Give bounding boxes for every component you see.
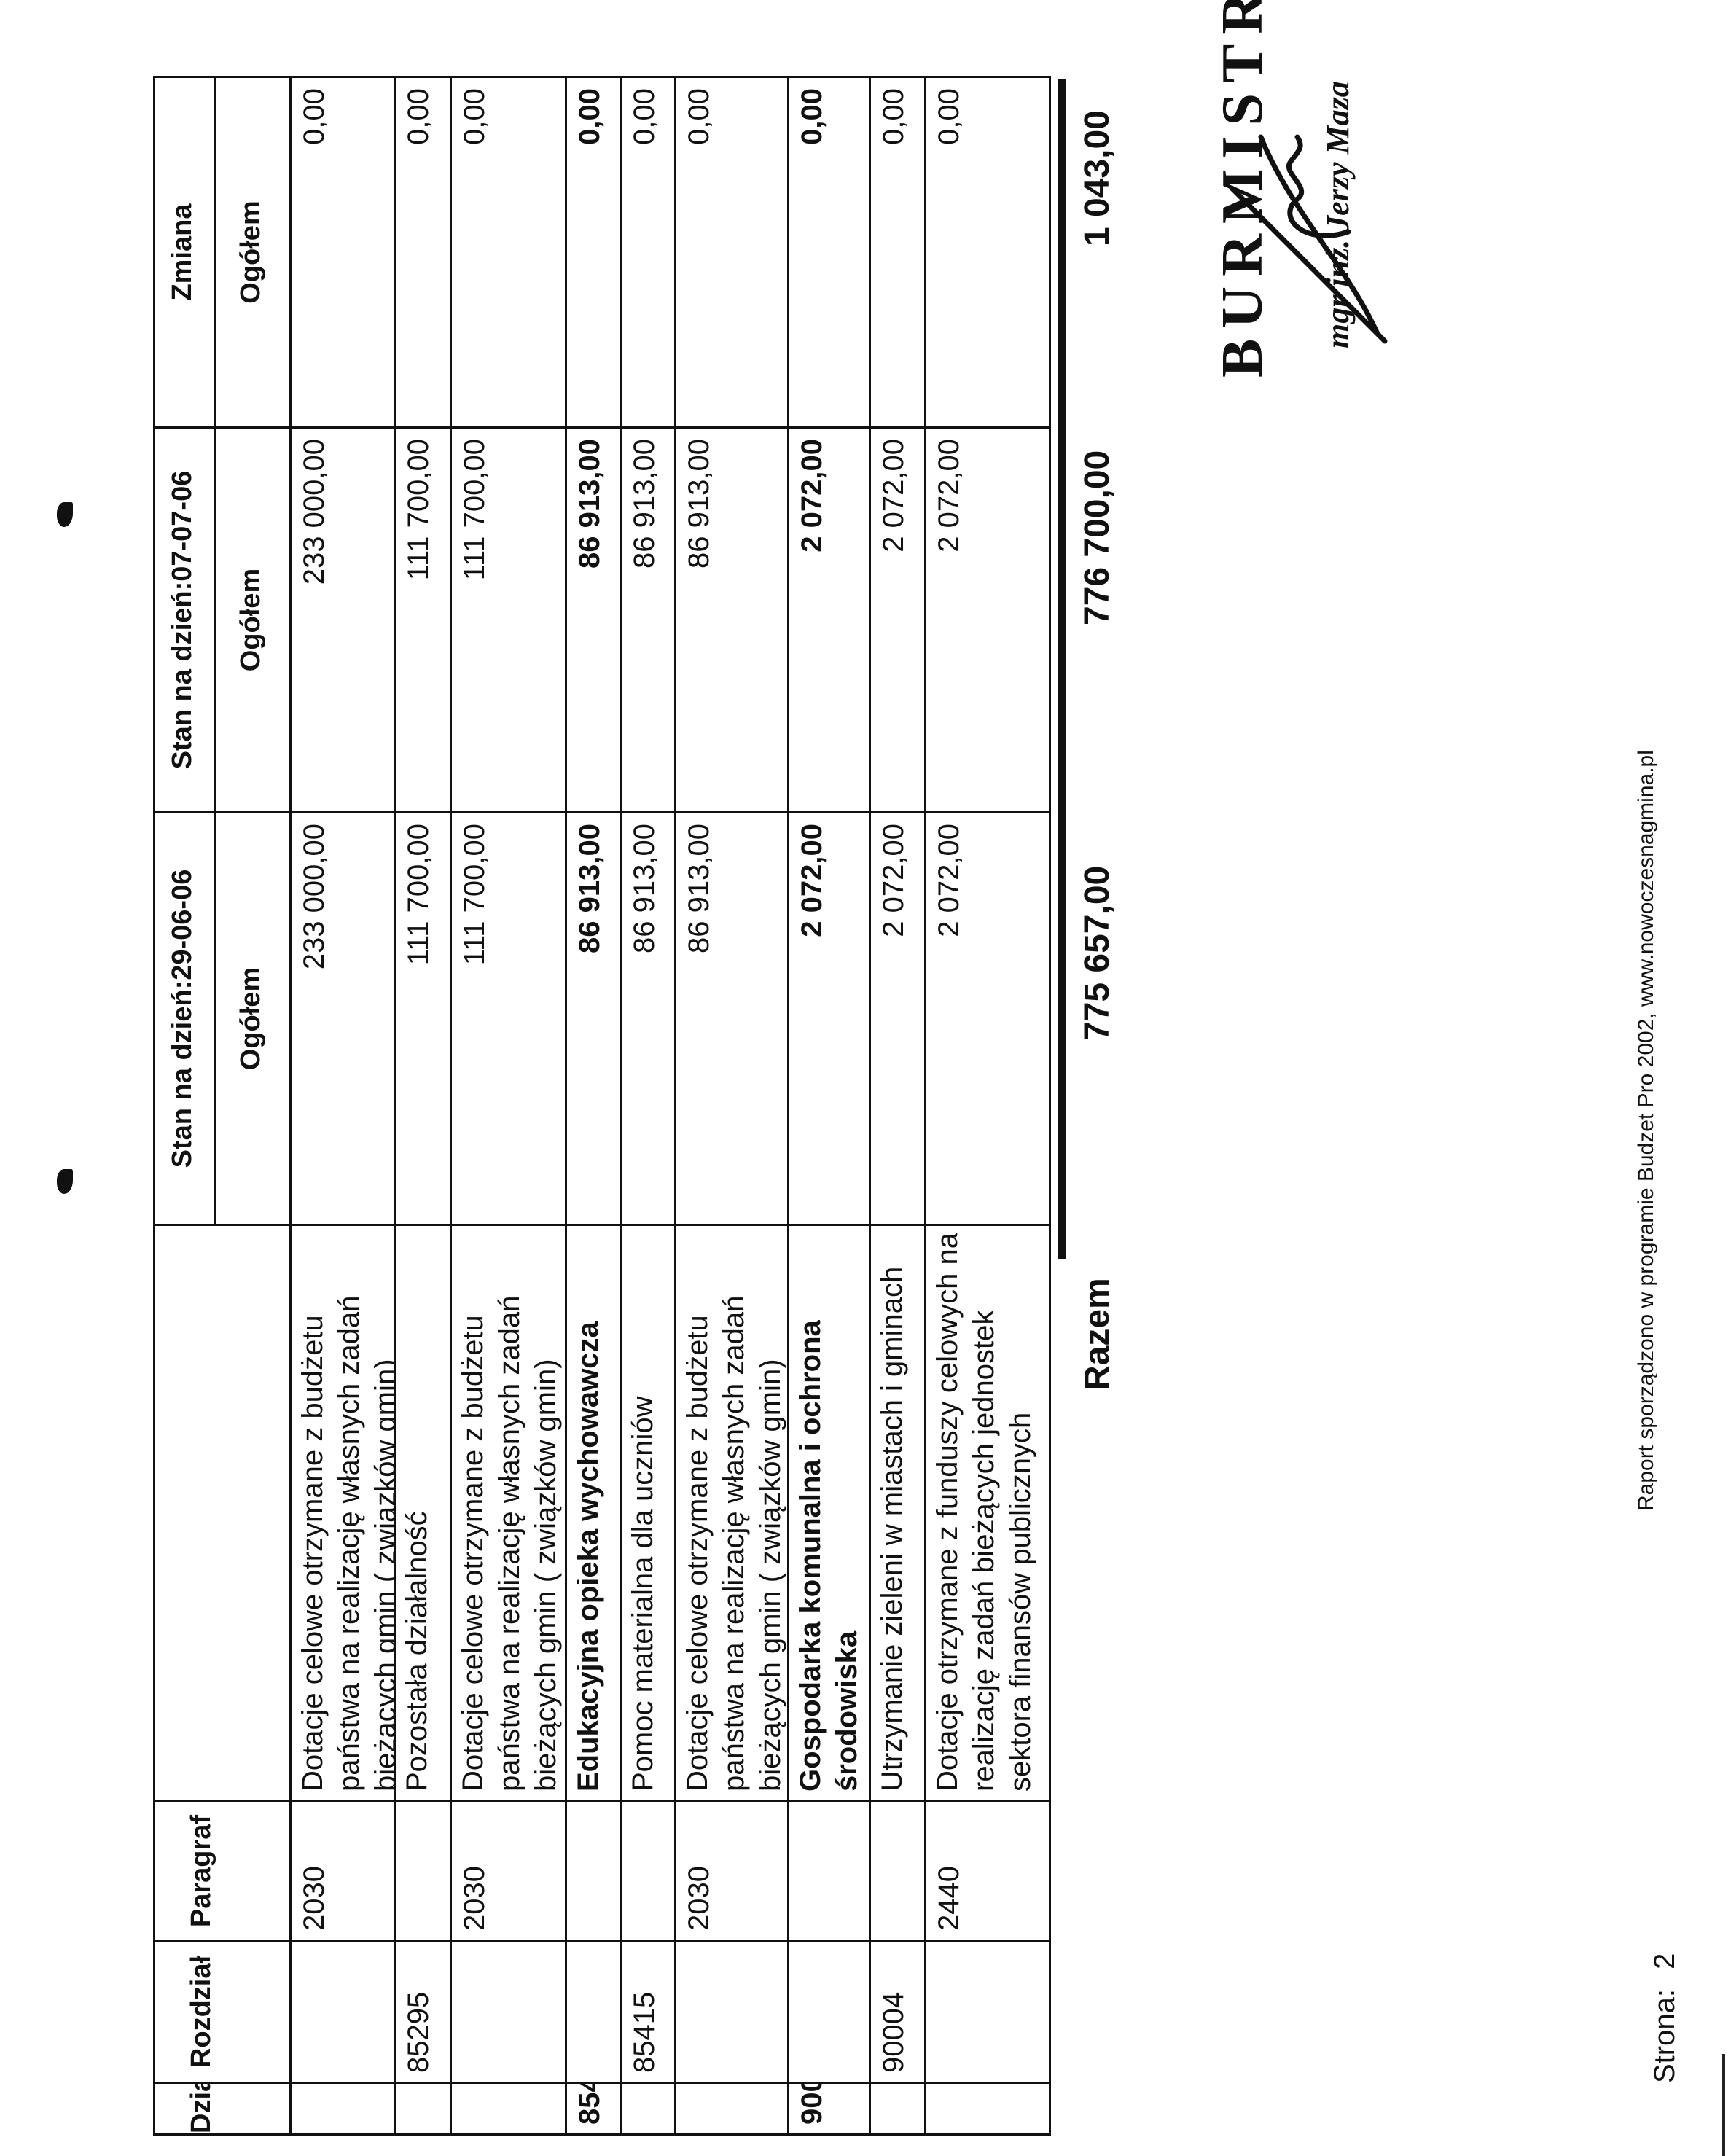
description-value: Pozostała działalność (399, 1232, 435, 1792)
table-row-5-stan1: 86 913,00 (622, 811, 676, 1224)
dzial-value: 900 (794, 2082, 830, 2125)
table-row-8-zmiana: 0,00 (871, 76, 926, 426)
table-row-1-stan2: 233 000,00 (292, 426, 396, 811)
stan1-value: 86 913,00 (571, 824, 608, 953)
stan2-value: 111 700,00 (400, 439, 437, 580)
table-row-4-description: Edukacyjna opieka wychowawcza (567, 1224, 622, 1800)
table-row-3-description: Dotacje celowe otrzymane z budżetu państ… (452, 1224, 567, 1800)
signature-icon (1203, 122, 1392, 356)
table-row-9-stan2: 2 072,00 (926, 426, 1051, 811)
table-row-4-dzial: 854 (567, 2082, 622, 2136)
table-row-2-description: Pozostała działalność (396, 1224, 452, 1800)
header-paragraf: Paragraf (153, 1800, 292, 1940)
header-paragraf-label: Paragraf (182, 1802, 220, 1940)
header-stan-1-ogolem-label: Ogółem (232, 813, 270, 1224)
stan1-value: 2 072,00 (931, 824, 967, 937)
totals-label: Razem (1077, 1278, 1117, 1391)
stan2-value: 86 913,00 (681, 439, 717, 569)
table-row-1-paragraf: 2030 (292, 1800, 396, 1940)
table-row-5-rozdzial: 85415 (622, 1940, 676, 2082)
table-row-8-dzial (871, 2082, 926, 2136)
table-row-6-stan2: 86 913,00 (676, 426, 789, 811)
zmiana-value: 0,00 (681, 88, 717, 145)
zmiana-value: 0,00 (931, 88, 967, 145)
table-row-2-zmiana: 0,00 (396, 76, 452, 426)
table-row-1-zmiana: 0,00 (292, 76, 396, 426)
header-rozdzial-label: Rozdział (182, 1942, 220, 2082)
page-label: Strona: (1649, 1989, 1681, 2083)
description-value: Dotacje celowe otrzymane z budżetu państ… (455, 1232, 564, 1792)
zmiana-value: 0,00 (626, 88, 663, 145)
table-row-6-rozdzial (676, 1940, 789, 2082)
table-row-7-description: Gospodarka komunalna i ochrona środowisk… (789, 1224, 871, 1800)
table-row-3-stan1: 111 700,00 (452, 811, 567, 1224)
table-row-1-stan1: 233 000,00 (292, 811, 396, 1224)
table-row-9-description: Dotacje otrzymane z funduszy celowych na… (926, 1224, 1051, 1800)
stan2-value: 86 913,00 (626, 439, 663, 569)
table-row-7-stan1: 2 072,00 (789, 811, 871, 1224)
table-row-5-stan2: 86 913,00 (622, 426, 676, 811)
header-stan-1-label: Stan na dzień:29-06-06 (163, 813, 201, 1224)
table-row-2-paragraf (396, 1800, 452, 1940)
header-zmiana-ogolem-label: Ogółem (232, 78, 270, 426)
table-row-5-paragraf (622, 1800, 676, 1940)
description-value: Dotacje celowe otrzymane z budżetu państ… (294, 1232, 396, 1792)
table-row-8-paragraf (871, 1800, 926, 1940)
table-row-4-stan2: 86 913,00 (567, 426, 622, 811)
table-row-4-zmiana: 0,00 (567, 76, 622, 426)
totals-stan2: 776 700,00 (1077, 450, 1117, 625)
stan1-value: 2 072,00 (794, 824, 830, 937)
table-row-7-stan2: 2 072,00 (789, 426, 871, 811)
table-row-2-stan2: 111 700,00 (396, 426, 452, 811)
table-row-6-dzial (676, 2082, 789, 2136)
table-row-6-description: Dotacje celowe otrzymane z budżetu państ… (676, 1224, 789, 1800)
stan2-value: 2 072,00 (794, 439, 830, 552)
totals-stan1: 775 657,00 (1077, 866, 1117, 1041)
punch-mark-2 (57, 1169, 73, 1194)
table-row-6-paragraf: 2030 (676, 1800, 789, 1940)
zmiana-value: 0,00 (794, 88, 830, 145)
table-row-6-stan1: 86 913,00 (676, 811, 789, 1224)
header-stan-2-ogolem: Ogółem (216, 426, 292, 811)
table-row-9-paragraf: 2440 (926, 1800, 1051, 1940)
rozdzial-value: 85295 (400, 1992, 437, 2073)
table-row-1-dzial (292, 2082, 396, 2136)
stan2-value: 111 700,00 (456, 439, 493, 580)
table-row-2-rozdzial: 85295 (396, 1940, 452, 2082)
paragraf-value: 2030 (296, 1866, 332, 1931)
table-row-9-dzial (926, 2082, 1051, 2136)
stan2-value: 86 913,00 (571, 439, 608, 569)
table-row-5-zmiana: 0,00 (622, 76, 676, 426)
table-row-4-paragraf (567, 1800, 622, 1940)
table-row-3-zmiana: 0,00 (452, 76, 567, 426)
header-dzial-label: Dział (182, 2084, 220, 2133)
table-row-4-stan1: 86 913,00 (567, 811, 622, 1224)
description-value: Utrzymanie zieleni w miastach i gminach (874, 1232, 910, 1792)
table-row-8-rozdzial: 90004 (871, 1940, 926, 2082)
paragraf-value: 2030 (681, 1866, 717, 1931)
description-value: Pomoc materialna dla uczniów (625, 1232, 661, 1792)
zmiana-value: 0,00 (571, 88, 608, 145)
table-row-9-zmiana: 0,00 (926, 76, 1051, 426)
dzial-value: 854 (571, 2082, 608, 2125)
table-row-8-stan2: 2 072,00 (871, 426, 926, 811)
stan2-value: 2 072,00 (875, 439, 912, 552)
header-stan-2-label: Stan na dzień:07-07-06 (163, 429, 201, 811)
table-row-3-dzial (452, 2082, 567, 2136)
paragraf-value: 2440 (931, 1866, 967, 1931)
header-stan-1: Stan na dzień:29-06-06 (153, 811, 216, 1224)
scan-edge (1722, 2054, 1725, 2156)
description-value: Dotacje otrzymane z funduszy celowych na… (929, 1232, 1039, 1792)
table-row-1-rozdzial (292, 1940, 396, 2082)
table-row-6-zmiana: 0,00 (676, 76, 789, 426)
table-row-7-zmiana: 0,00 (789, 76, 871, 426)
description-value: Edukacyjna opieka wychowawcza (570, 1232, 606, 1792)
zmiana-value: 0,00 (456, 88, 493, 145)
table-row-3-stan2: 111 700,00 (452, 426, 567, 811)
header-zmiana-ogolem: Ogółem (216, 76, 292, 426)
description-value: Dotacje celowe otrzymane z budżetu państ… (679, 1232, 789, 1792)
stan1-value: 233 000,00 (296, 824, 332, 969)
rozdzial-value: 85415 (626, 1992, 663, 2073)
table-row-9-rozdzial (926, 1940, 1051, 2082)
table-row-2-stan1: 111 700,00 (396, 811, 452, 1224)
table-row-1-description: Dotacje celowe otrzymane z budżetu państ… (292, 1224, 396, 1800)
table-row-5-dzial (622, 2082, 676, 2136)
zmiana-value: 0,00 (400, 88, 437, 145)
header-zmiana: Zmiana (153, 76, 216, 426)
table-row-3-rozdzial (452, 1940, 567, 2082)
punch-mark-1 (57, 502, 73, 527)
header-zmiana-label: Zmiana (163, 78, 201, 426)
description-value: Gospodarka komunalna i ochrona środowisk… (792, 1232, 865, 1792)
page-indicator: Strona: 2 (1649, 1953, 1681, 2083)
header-stan-2-ogolem-label: Ogółem (232, 429, 270, 811)
zmiana-value: 0,00 (875, 88, 912, 145)
table-row-7-paragraf (789, 1800, 871, 1940)
stan1-value: 2 072,00 (875, 824, 912, 937)
stan1-value: 111 700,00 (456, 824, 493, 965)
table-row-2-dzial (396, 2082, 452, 2136)
table-row-4-rozdzial (567, 1940, 622, 2082)
table-row-7-dzial: 900 (789, 2082, 871, 2136)
table-row-5-description: Pomoc materialna dla uczniów (622, 1224, 676, 1800)
table-row-3-paragraf: 2030 (452, 1800, 567, 1940)
stan2-value: 233 000,00 (296, 439, 332, 585)
page-number: 2 (1649, 1953, 1681, 1969)
table-row-9-stan1: 2 072,00 (926, 811, 1051, 1224)
totals-rule (1058, 79, 1066, 1259)
stan1-value: 86 913,00 (626, 824, 663, 953)
header-rozdzial: Rozdział (153, 1940, 292, 2082)
zmiana-value: 0,00 (296, 88, 332, 145)
header-stan-2: Stan na dzień:07-07-06 (153, 426, 216, 811)
paragraf-value: 2030 (456, 1866, 493, 1931)
document-page: DziałRozdziałParagrafStan na dzień:29-06… (0, 0, 1731, 2156)
stan1-value: 86 913,00 (681, 824, 717, 953)
totals-zmiana: 1 043,00 (1077, 110, 1117, 246)
header-dzial: Dział (153, 2082, 292, 2136)
report-footer: Raport sporządzono w programie Budzet Pr… (1634, 750, 1659, 1511)
stan1-value: 111 700,00 (400, 824, 437, 965)
table-row-7-rozdzial (789, 1940, 871, 2082)
table-row-8-stan1: 2 072,00 (871, 811, 926, 1224)
table-row-8-description: Utrzymanie zieleni w miastach i gminach (871, 1224, 926, 1800)
header-description (153, 1224, 292, 1800)
header-stan-1-ogolem: Ogółem (216, 811, 292, 1224)
rozdzial-value: 90004 (875, 1992, 912, 2073)
stan2-value: 2 072,00 (931, 439, 967, 552)
